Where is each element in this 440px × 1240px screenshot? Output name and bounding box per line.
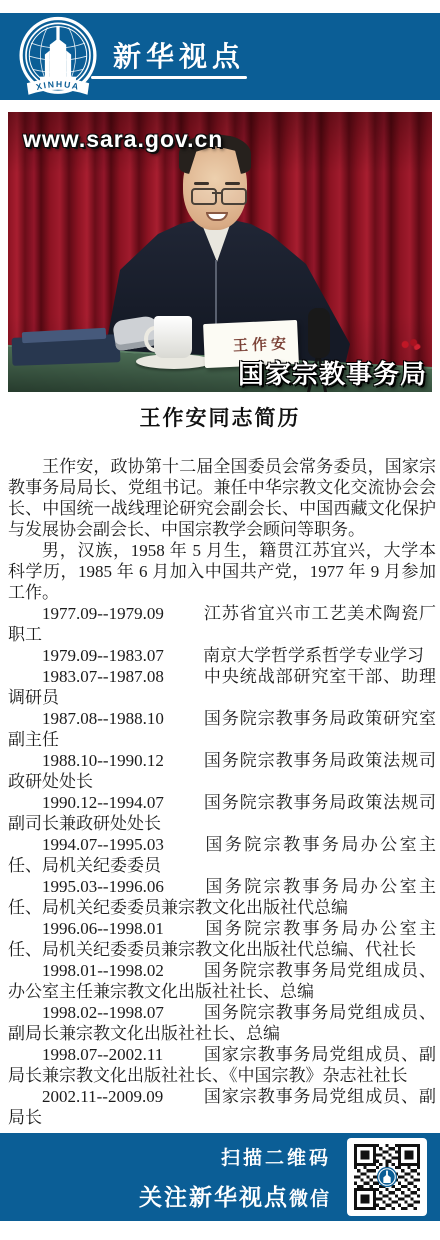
glasses-bridge [212, 192, 222, 194]
timeline-period: 1990.12--1994.07 [42, 792, 203, 813]
article-title: 王作安同志简历 [0, 405, 440, 431]
qr-center-logo-icon [376, 1166, 398, 1188]
brand-title: 新华视点 [113, 42, 245, 72]
scan-hint-wechat: 微信 [289, 1189, 331, 1210]
timeline-period: 1995.03--1996.06 [42, 876, 203, 897]
timeline-entry: 1977.09--1979.09江苏省宜兴市工艺美术陶瓷厂职工 [8, 603, 436, 645]
flower-decoration [398, 338, 422, 351]
timeline-period: 1987.08--1988.10 [42, 708, 203, 729]
timeline-entry: 1987.08--1988.10国务院宗教事务局政策研究室副主任 [8, 708, 436, 750]
scan-hint: 扫描二维码 关注新华视点微信 [139, 1143, 331, 1212]
article-body: 王作安，政协第十二届全国委员会常务委员，国家宗教事务局局长、党组书记。兼任中华宗… [0, 456, 440, 1128]
timeline-period: 1979.09--1983.07 [42, 645, 203, 666]
bio-paragraph: 男，汉族，1958 年 5 月生，籍贯江苏宜兴，大学本科学历，1985 年 6 … [8, 540, 436, 603]
timeline-entry: 1995.03--1996.06国务院宗教事务局办公室主任、局机关纪委委员兼宗教… [8, 876, 436, 918]
photo-watermark: www.sara.gov.cn [23, 126, 223, 153]
timeline-period: 1983.07--1987.08 [42, 666, 203, 687]
timeline-period: 2002.11--2009.09 [42, 1086, 203, 1107]
timeline-period: 1996.06--1998.01 [42, 918, 203, 939]
svg-text:XINHUA: XINHUA [35, 79, 81, 92]
timeline-entry: 1998.02--1998.07国务院宗教事务局党组成员、副局长兼宗教文化出版社… [8, 1002, 436, 1044]
bio-paragraph: 王作安，政协第十二届全国委员会常务委员，国家宗教事务局局长、党组书记。兼任中华宗… [8, 456, 436, 540]
timeline-entry: 1998.01--1998.02国务院宗教事务局党组成员、办公室主任兼宗教文化出… [8, 960, 436, 1002]
timeline-entry: 1979.09--1983.07南京大学哲学系哲学专业学习 [8, 645, 436, 666]
timeline-entry: 1983.07--1987.08中央统战部研究室干部、助理调研员 [8, 666, 436, 708]
timeline-entry: 1998.07--2002.11国家宗教事务局党组成员、副局长兼宗教文化出版社社… [8, 1044, 436, 1086]
timeline-entry: 1994.07--1995.03国务院宗教事务局办公室主任、局机关纪委委员 [8, 834, 436, 876]
person-brow-right [225, 182, 240, 185]
timeline-period: 1977.09--1979.09 [42, 603, 203, 624]
timeline-period: 1994.07--1995.03 [42, 834, 203, 855]
timeline-period: 1998.07--2002.11 [42, 1044, 203, 1065]
scan-hint-line2: 关注新华视点微信 [139, 1179, 331, 1212]
microphone [308, 308, 330, 358]
scan-hint-line1: 扫描二维码 [139, 1143, 331, 1170]
timeline-entry: 1996.06--1998.01国务院宗教事务局办公室主任、局机关纪委委员兼宗教… [8, 918, 436, 960]
timeline-entry: 2002.11--2009.09国家宗教事务局党组成员、副局长 [8, 1086, 436, 1128]
person-brow-left [194, 182, 209, 185]
timeline-entry: 1990.12--1994.07国务院宗教事务局政策法规司副司长兼政研处处长 [8, 792, 436, 834]
qr-code[interactable] [347, 1138, 427, 1216]
timeline-period: 1998.02--1998.07 [42, 1002, 203, 1023]
news-photo[interactable]: 王作安 www.sara.gov.cn 国家宗教事务局 [8, 112, 432, 392]
timeline-entry: 1988.10--1990.12国务院宗教事务局政策法规司政研处处长 [8, 750, 436, 792]
scan-hint-brand: 关注新华视点 [139, 1184, 289, 1210]
person-glasses-left [191, 188, 217, 205]
header-banner: XINHUA 新华视点 [0, 13, 440, 100]
person-glasses-right [221, 188, 247, 205]
page: XINHUA 新华视点 王作安 www. [0, 0, 440, 1240]
timeline-period: 1998.01--1998.02 [42, 960, 203, 981]
photo-caption: 国家宗教事务局 [238, 354, 427, 391]
timeline-role: 南京大学哲学系哲学专业学习 [203, 646, 424, 665]
name-placard-text: 王作安 [233, 332, 291, 355]
bio-paragraphs: 王作安，政协第十二届全国委员会常务委员，国家宗教事务局局长、党组书记。兼任中华宗… [8, 456, 436, 603]
brand-underline [91, 76, 247, 79]
timeline-period: 1988.10--1990.12 [42, 750, 203, 771]
career-timeline: 1977.09--1979.09江苏省宜兴市工艺美术陶瓷厂职工1979.09--… [8, 603, 436, 1128]
teacup [154, 316, 192, 358]
xinhua-logo-icon: XINHUA [17, 16, 99, 98]
footer-banner: 扫描二维码 关注新华视点微信 [0, 1133, 440, 1221]
